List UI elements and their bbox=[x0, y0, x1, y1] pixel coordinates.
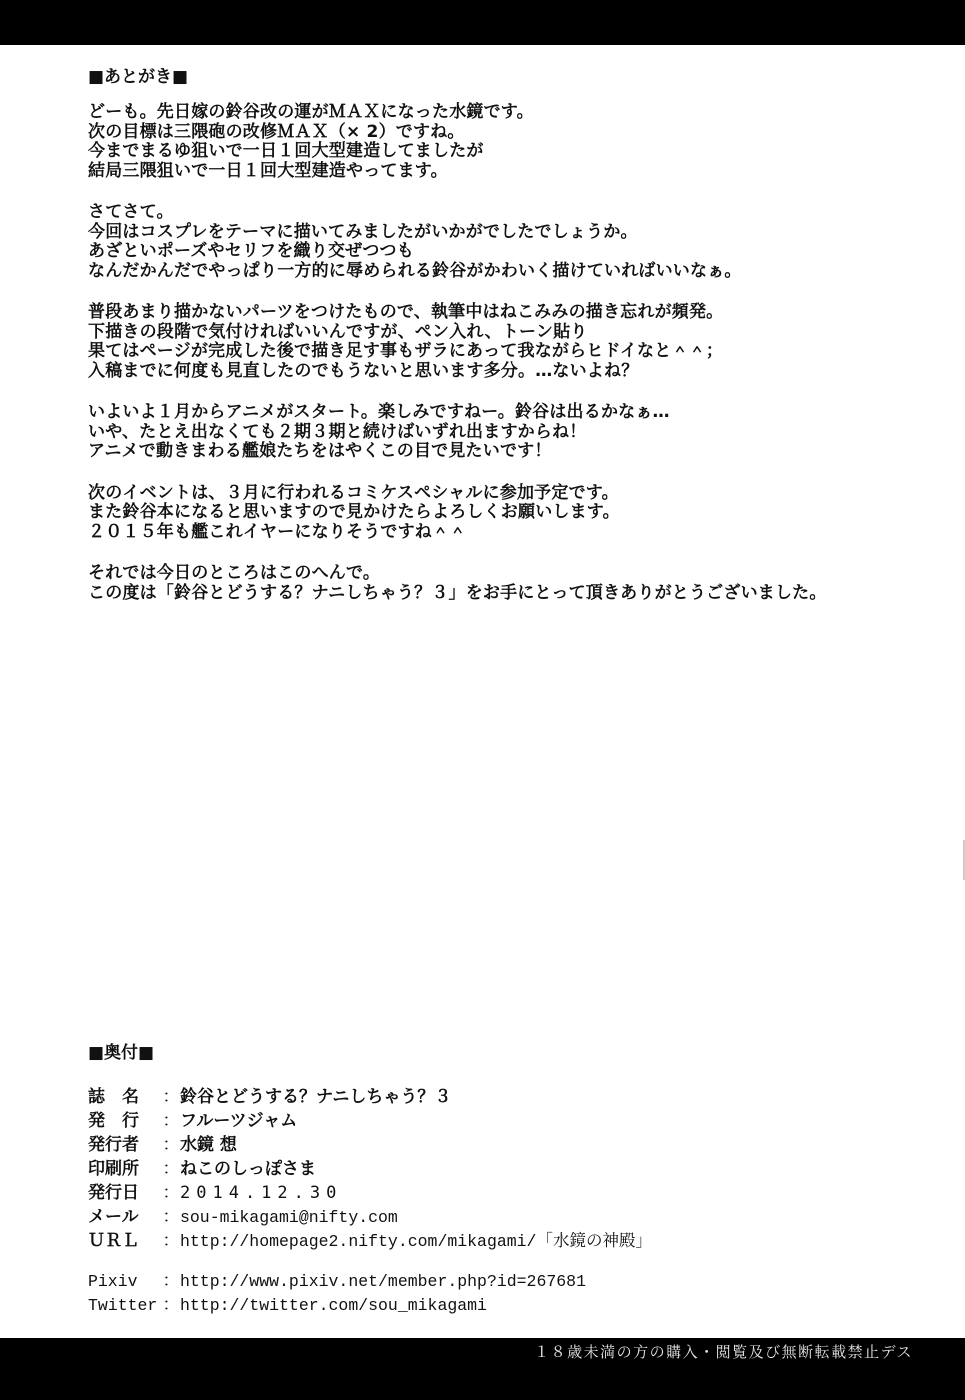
row-label: 発行日 bbox=[88, 1178, 162, 1203]
text-line: あざといポーズやセリフを織り交ぜつつも bbox=[88, 242, 908, 262]
row-label: 誌 名 bbox=[88, 1082, 162, 1107]
afterword-paragraph-3: 普段あまり描かないパーツをつけたもので、執筆中はねこみみの描き忘れが頻発。 下描… bbox=[88, 303, 908, 381]
homepage-link[interactable]: http://homepage2.nifty.com/mikagami/「水鏡の… bbox=[180, 1227, 652, 1251]
text-line: いよいよ１月からアニメがスタート。楽しみですねー。鈴谷は出るかなぁ… bbox=[88, 403, 908, 423]
row-separator: ： bbox=[162, 1178, 180, 1203]
text-line: 次のイベントは、３月に行われるコミケスペシャルに参加予定です。 bbox=[88, 484, 908, 504]
colophon-row-url: ＵＲＬ ： http://homepage2.nifty.com/mikagam… bbox=[88, 1226, 908, 1250]
text-line: 次の目標は三隈砲の改修ＭＡＸ（× 2）ですね。 bbox=[88, 123, 908, 143]
row-label: 発 行 bbox=[88, 1106, 162, 1131]
text-line: 今回はコスプレをテーマに描いてみましたがいかがでしたでしょうか。 bbox=[88, 223, 908, 243]
text-line: 結局三隈狙いで一日１回大型建造やってます。 bbox=[88, 162, 908, 182]
spacer bbox=[88, 1250, 908, 1266]
text-line: 入稿までに何度も見直したのでもうないと思います多分。…ないよね？ bbox=[88, 362, 908, 382]
row-label: 発行者 bbox=[88, 1130, 162, 1155]
afterword-paragraph-1: どーも。先日嫁の鈴谷改の運がＭＡＸになった水鏡です。 次の目標は三隈砲の改修ＭＡ… bbox=[88, 103, 908, 181]
row-value: ねこのしっぽさま bbox=[180, 1154, 316, 1179]
colophon-row-date: 発行日 ： 2014.12.30 bbox=[88, 1178, 908, 1202]
text-line: この度は「鈴谷とどうする？ナニしちゃう？３」をお手にとって頂きありがとうございま… bbox=[88, 584, 908, 604]
afterword-paragraph-6: それでは今日のところはこのへんで。 この度は「鈴谷とどうする？ナニしちゃう？３」… bbox=[88, 564, 908, 603]
twitter-link[interactable]: http://twitter.com/sou_mikagami bbox=[180, 1296, 487, 1315]
text-line: さてさて。 bbox=[88, 203, 908, 223]
text-line: いや、たとえ出なくても２期３期と続けばいずれ出ますからね！ bbox=[88, 423, 908, 443]
text-line: ２０１５年も艦これイヤーになりそうですね＾＾ bbox=[88, 523, 908, 543]
pixiv-link[interactable]: http://www.pixiv.net/member.php?id=26768… bbox=[180, 1272, 586, 1291]
colophon-row-publisher: 発 行 ： フルーツジャム bbox=[88, 1106, 908, 1130]
text-line: それでは今日のところはこのへんで。 bbox=[88, 564, 908, 584]
text-line: なんだかんだでやっぱり一方的に辱められる鈴谷がかわいく描けていればいいなぁ。 bbox=[88, 262, 908, 282]
afterword-body: どーも。先日嫁の鈴谷改の運がＭＡＸになった水鏡です。 次の目標は三隈砲の改修ＭＡ… bbox=[88, 103, 908, 625]
colophon-row-issuer: 発行者 ： 水鏡 想 bbox=[88, 1130, 908, 1154]
colophon-row-printer: 印刷所 ： ねこのしっぽさま bbox=[88, 1154, 908, 1178]
top-black-band bbox=[0, 0, 965, 45]
row-separator: ： bbox=[162, 1202, 180, 1227]
text-line: 果てはページが完成した後で描き足す事もザラにあって我ながらヒドイなと＾＾； bbox=[88, 342, 908, 362]
colophon-row-title: 誌 名 ： 鈴谷とどうする？ナニしちゃう？３ bbox=[88, 1082, 908, 1106]
row-separator: ： bbox=[162, 1266, 180, 1291]
row-label: ＵＲＬ bbox=[88, 1226, 162, 1251]
text-line: どーも。先日嫁の鈴谷改の運がＭＡＸになった水鏡です。 bbox=[88, 103, 908, 123]
text-line: また鈴谷本になると思いますので見かけたらよろしくお願いします。 bbox=[88, 503, 908, 523]
colophon-heading: ■奥付■ bbox=[88, 1038, 154, 1063]
row-value: フルーツジャム bbox=[180, 1106, 297, 1131]
row-value: 鈴谷とどうする？ナニしちゃう？３ bbox=[180, 1082, 451, 1107]
row-label: メール bbox=[88, 1202, 162, 1227]
row-label: Pixiv bbox=[88, 1272, 162, 1291]
text-line: 普段あまり描かないパーツをつけたもので、執筆中はねこみみの描き忘れが頻発。 bbox=[88, 303, 908, 323]
text-line: 下描きの段階で気付ければいいんですが、ペン入れ、トーン貼り bbox=[88, 323, 908, 343]
afterword-paragraph-2: さてさて。 今回はコスプレをテーマに描いてみましたがいかがでしたでしょうか。 あ… bbox=[88, 203, 908, 281]
row-separator: ： bbox=[162, 1106, 180, 1131]
afterword-paragraph-5: 次のイベントは、３月に行われるコミケスペシャルに参加予定です。 また鈴谷本になる… bbox=[88, 484, 908, 543]
colophon-row-pixiv: Pixiv ： http://www.pixiv.net/member.php?… bbox=[88, 1266, 908, 1290]
text-line: 今までまるゆ狙いで一日１回大型建造してましたが bbox=[88, 142, 908, 162]
row-value: 2014.12.30 bbox=[180, 1183, 342, 1203]
colophon-row-twitter: Twitter ： http://twitter.com/sou_mikagam… bbox=[88, 1290, 908, 1314]
text-line: アニメで動きまわる艦娘たちをはやくこの目で見たいです！ bbox=[88, 442, 908, 462]
colophon-row-email: メール ： sou-mikagami@nifty.com bbox=[88, 1202, 908, 1226]
row-label: 印刷所 bbox=[88, 1154, 162, 1179]
row-value: 水鏡 想 bbox=[180, 1130, 237, 1155]
email-link[interactable]: sou-mikagami@nifty.com bbox=[180, 1208, 398, 1227]
row-label: Twitter bbox=[88, 1296, 162, 1315]
row-separator: ： bbox=[162, 1082, 180, 1107]
age-restriction-notice: １８歳未満の方の購入・閲覧及び無断転載禁止デス bbox=[534, 1341, 913, 1362]
afterword-paragraph-4: いよいよ１月からアニメがスタート。楽しみですねー。鈴谷は出るかなぁ… いや、たと… bbox=[88, 403, 908, 462]
afterword-heading: ■あとがき■ bbox=[88, 62, 188, 87]
row-separator: ： bbox=[162, 1154, 180, 1179]
colophon-table: 誌 名 ： 鈴谷とどうする？ナニしちゃう？３ 発 行 ： フルーツジャム 発行者… bbox=[88, 1082, 908, 1314]
row-separator: ： bbox=[162, 1290, 180, 1315]
row-separator: ： bbox=[162, 1130, 180, 1155]
row-separator: ： bbox=[162, 1226, 180, 1251]
